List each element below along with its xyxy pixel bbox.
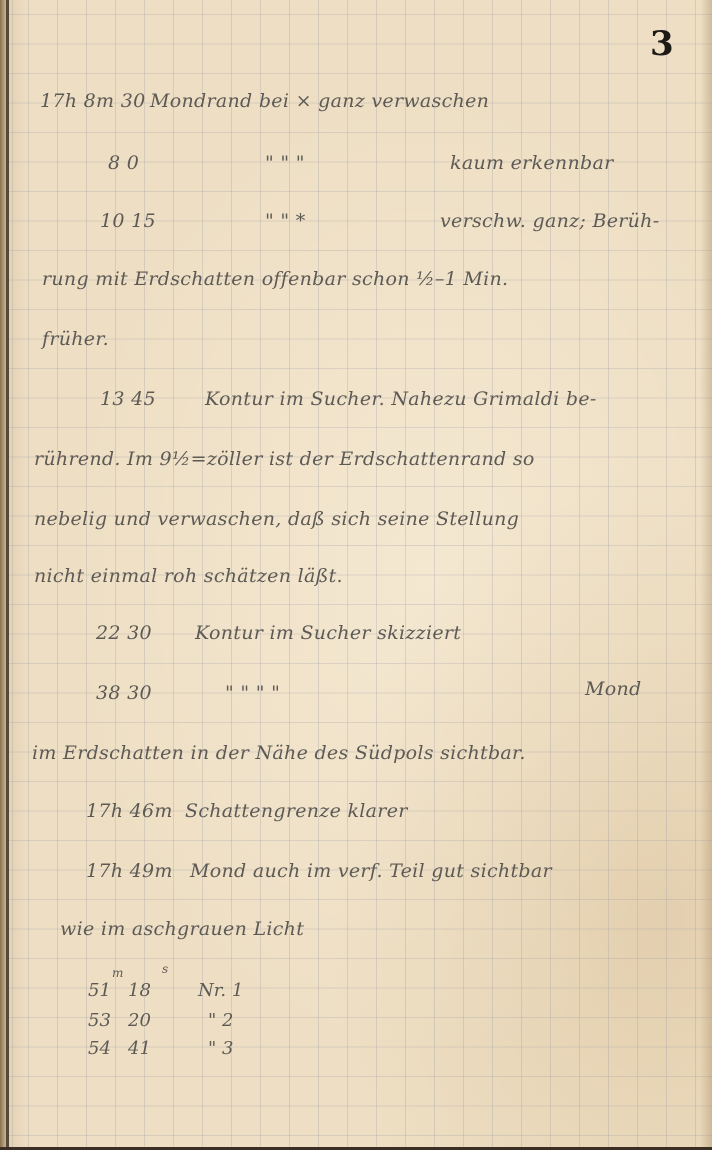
minutes: 54 [88,1038,111,1059]
seconds: 20 [128,1010,151,1031]
entry-text: verschw. ganz; Berüh- [440,210,659,232]
seconds: 41 [128,1038,151,1059]
ditto-marks: " " " [265,152,305,174]
entry-text: Mondrand bei × ganz verwaschen [150,90,489,112]
entry-time: 38 30 [96,682,152,704]
entry-time: 8 0 [108,152,139,174]
minutes: 53 [88,1010,111,1031]
entry-time: 13 45 [100,388,156,410]
notebook-page: 3 17h 8m 30 Mondrand bei × ganz verwasch… [0,0,712,1150]
entry-text: wie im aschgrauen Licht [60,918,304,940]
entry-text: im Erdschatten in der Nähe des Südpols s… [32,742,526,764]
seconds-unit: s [162,962,168,976]
seconds: 18 [128,980,151,1001]
entry-text: nicht einmal roh schätzen läßt. [34,565,343,587]
entry-text: Kontur im Sucher skizziert [195,622,461,644]
entry-time: 17h 46m [86,800,173,822]
entry-time: 17h 8m 30 [40,90,145,112]
entry-text: Mond auch im verf. Teil gut sichtbar [190,860,552,882]
photo-label: " 3 [208,1038,233,1059]
entry-text: rung mit Erdschatten offenbar schon ½–1 … [42,268,508,290]
entry-text: Kontur im Sucher. Nahezu Grimaldi be- [205,388,597,410]
entry-text: Schattengrenze klarer [185,800,408,822]
entry-time: 10 15 [100,210,156,232]
ditto-marks: " " * [265,210,306,232]
minutes-unit: m [112,966,123,980]
page-number: 3 [650,24,674,64]
ditto-marks: " " " " [225,682,280,704]
entry-text: Mond [585,678,642,700]
photo-label: Nr. 1 [198,980,243,1001]
entry-time: 17h 49m [86,860,173,882]
binding-edge [6,0,9,1150]
entry-text: nebelig und verwaschen, daß sich seine S… [34,508,519,530]
entry-text: früher. [42,328,109,350]
entry-text: rührend. Im 9½=zöller ist der Erdschatte… [34,448,535,470]
photo-label: " 2 [208,1010,233,1031]
minutes: 51 [88,980,111,1001]
entry-time: 22 30 [96,622,152,644]
entry-text: kaum erkennbar [450,152,613,174]
